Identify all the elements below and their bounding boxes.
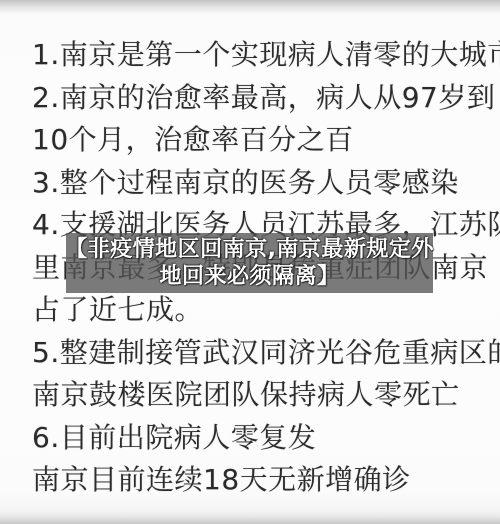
- photo-of-text-document: 1.南京是第一个实现病人清零的大城市 2.南京的治愈率最高，病人从97岁到 10…: [0, 0, 500, 524]
- text-line-3: 10个月，治愈率百分之百: [32, 119, 492, 162]
- text-line-4: 3.整个过程南京的医务人员零感染: [32, 162, 492, 205]
- text-line-2: 2.南京的治愈率最高，病人从97岁到: [32, 77, 492, 120]
- text-line-8: 5.整建制接管武汉同济光谷危重病区的: [32, 332, 492, 375]
- text-line-1: 1.南京是第一个实现病人清零的大城市: [32, 34, 492, 77]
- bottom-edge-shadow: [0, 511, 500, 524]
- text-line-7: 占了近七成。: [32, 289, 492, 332]
- top-edge-shadow: [0, 0, 500, 13]
- text-line-11: 南京目前连续18天无新增确诊: [32, 459, 492, 502]
- caption-line-1: 【非疫情地区回南京,南京最新规定外: [65, 236, 434, 263]
- text-line-9: 南京鼓楼医院团队保持病人零死亡: [32, 374, 492, 417]
- caption-line-2: 地回来必须隔离】: [159, 263, 339, 290]
- caption-overlay: 【非疫情地区回南京,南京最新规定外 地回来必须隔离】: [66, 233, 433, 293]
- text-line-10: 6.目前出院病人零复发: [32, 417, 492, 460]
